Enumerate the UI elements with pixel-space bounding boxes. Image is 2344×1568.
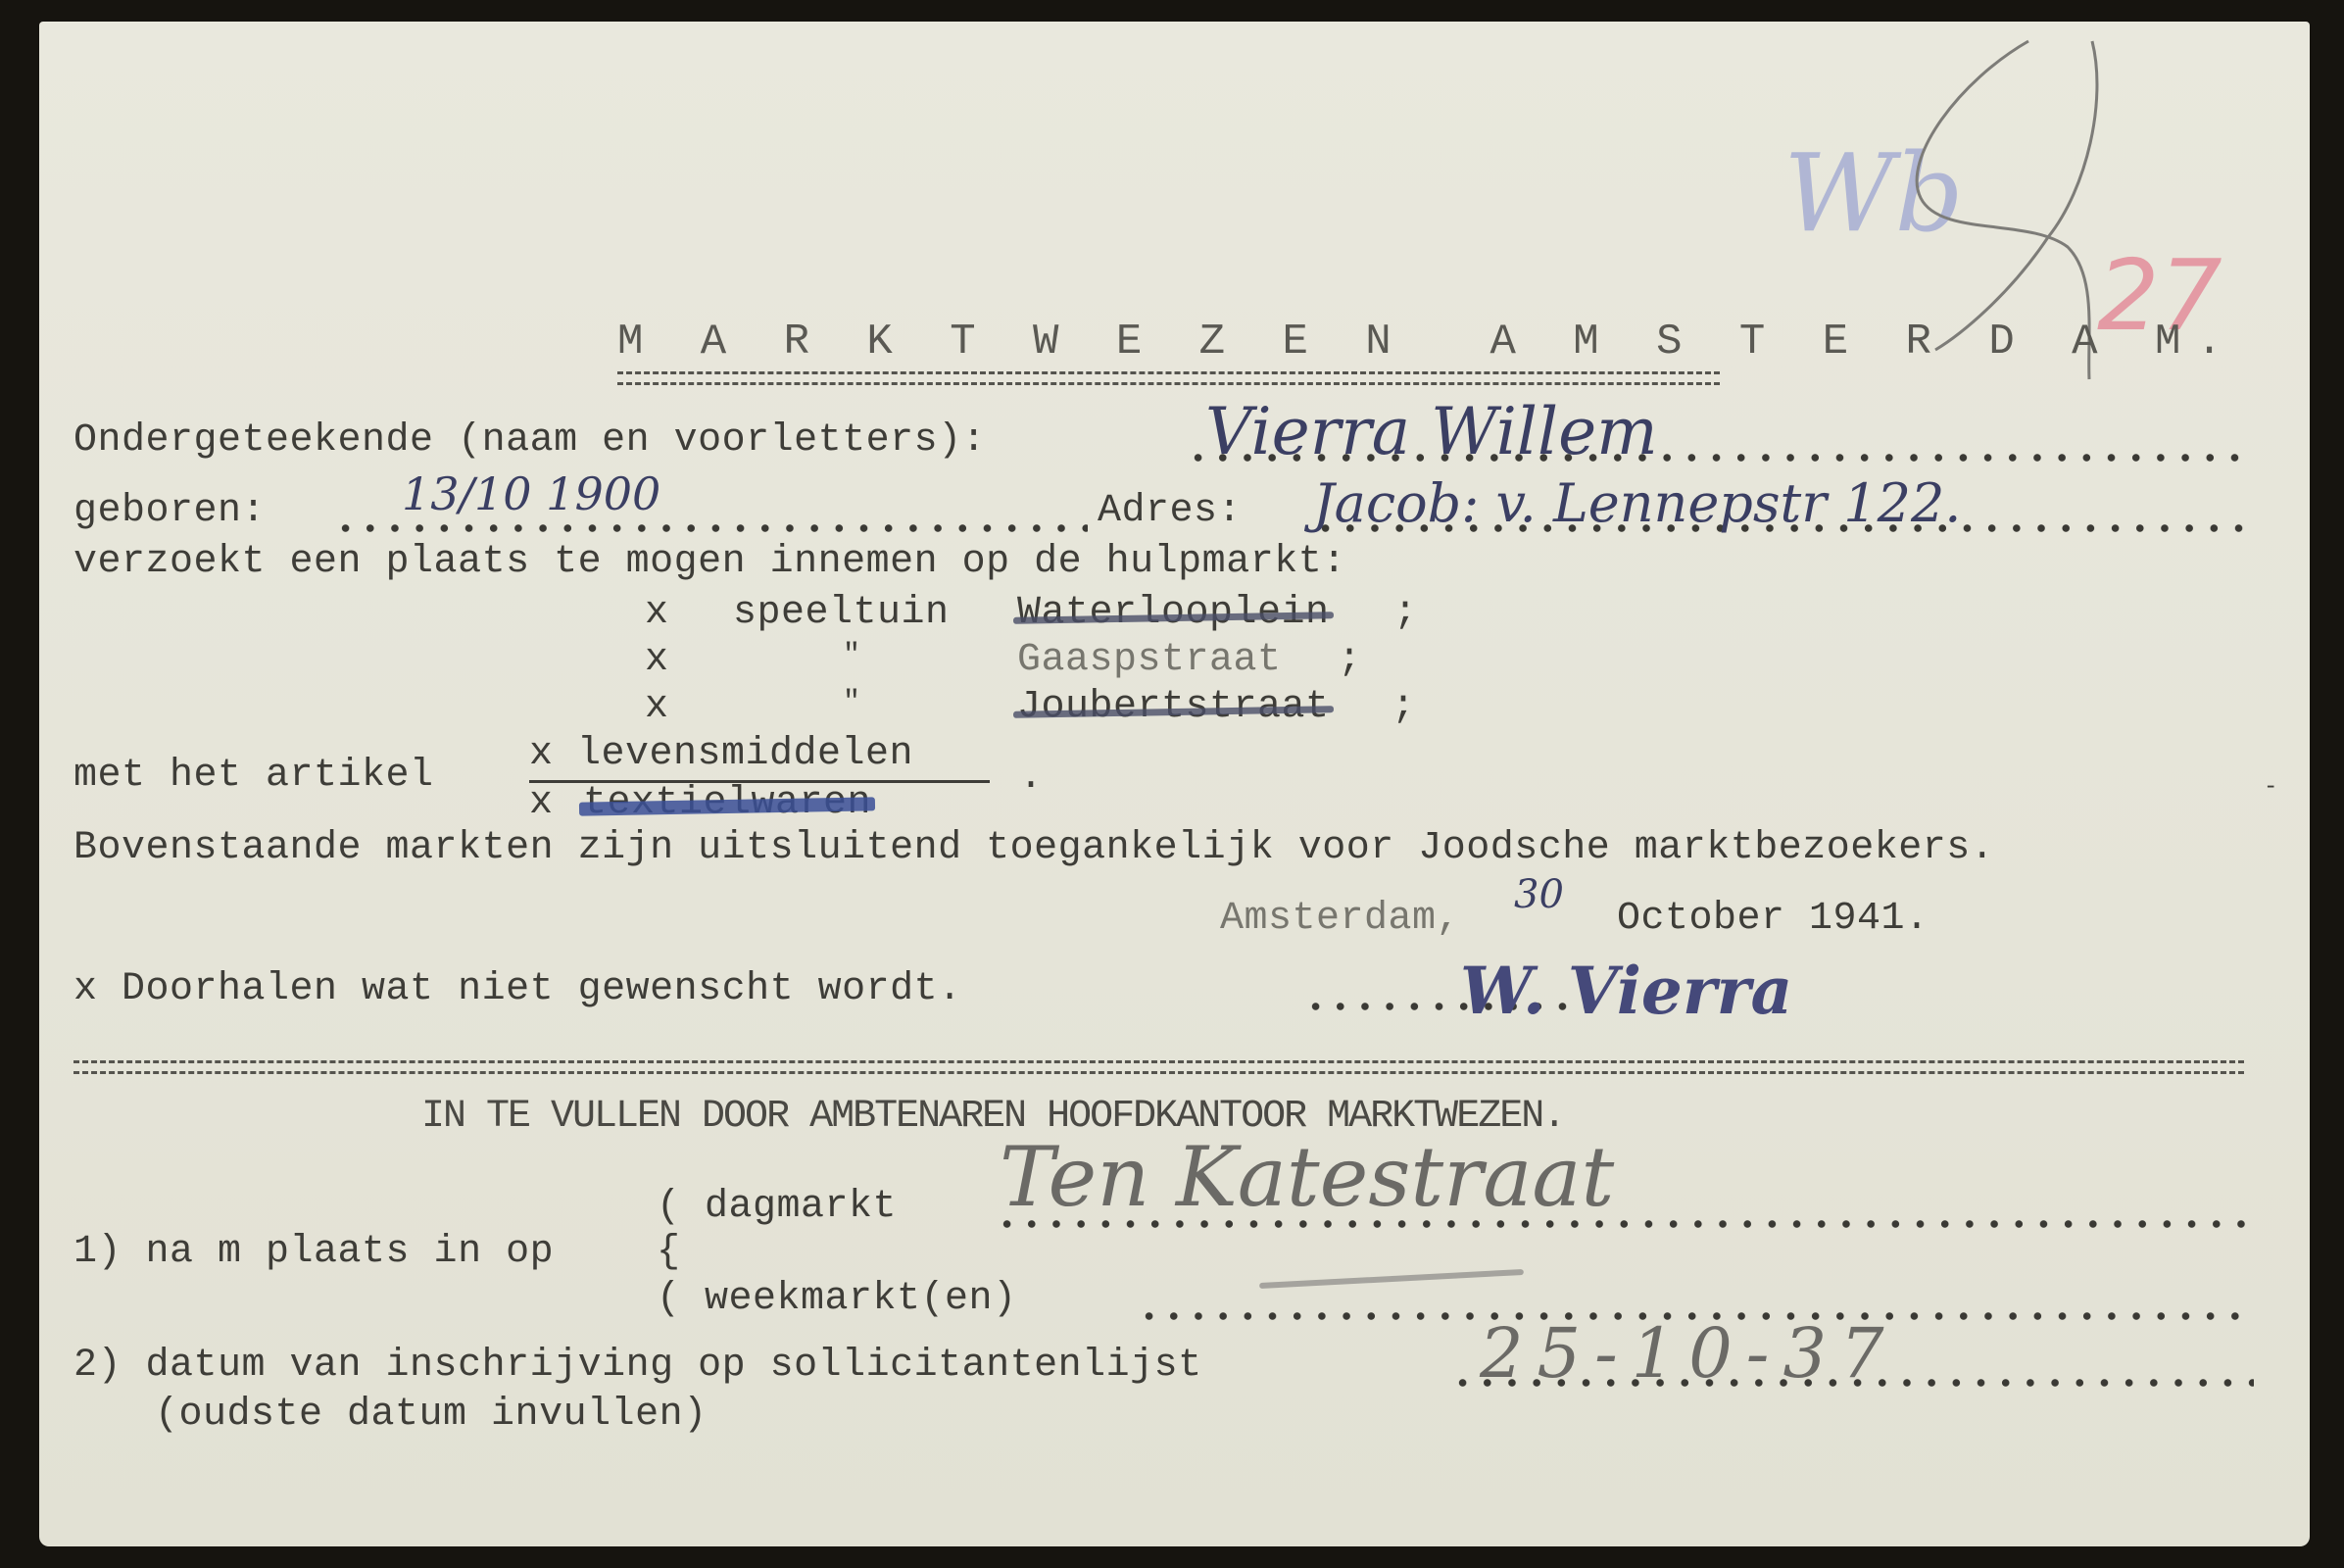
notice-text: Bovenstaande markten zijn uitsluitend to… (73, 829, 1994, 868)
place-text: Amsterdam, (1220, 900, 1460, 939)
signature: W. Vierra (1460, 953, 1792, 1029)
dagmarkt-dotted-line (995, 1219, 2254, 1229)
market-prefix: speeltuin (733, 594, 950, 633)
market-suffix: ; (1393, 594, 1418, 633)
weekmarkt-label: ( weekmarkt(en) (657, 1280, 1017, 1319)
market-suffix: ; (1392, 688, 1416, 727)
section-separator (73, 1060, 2244, 1074)
weekmarkt-pencil-stroke (1259, 1269, 1524, 1289)
title-underline (617, 371, 1720, 385)
market-marker: x (645, 594, 669, 633)
footnote-text: x Doorhalen wat niet gewenscht wordt. (73, 970, 962, 1009)
market-ditto: " (843, 688, 861, 717)
article-option-marker: x (529, 784, 554, 823)
item2-value: 25-10-37 (1480, 1313, 1898, 1394)
birth-date-value: 13/10 1900 (402, 467, 660, 520)
document-title: M A R K T W E Z E N A M S T E R D A M. (617, 320, 2238, 364)
name-dotted-line (1186, 453, 2254, 463)
article-label: met het artikel (73, 757, 434, 796)
dagmarkt-label: ( dagmarkt (657, 1188, 897, 1227)
item2-label: 2) datum van inschrijving op sollicitant… (73, 1347, 1202, 1386)
article-end: . (1019, 759, 1044, 798)
market-gaaspstraat: Gaaspstraat (1017, 641, 1282, 680)
market-ditto: " (843, 641, 861, 670)
market-marker: x (645, 688, 669, 727)
market-waterlooplein: Waterlooplein (1017, 594, 1330, 633)
birth-dotted-line (333, 523, 1088, 533)
address-value: Jacob: v. Lennepstr 122. (1313, 472, 1961, 534)
month-year-text: October 1941. (1617, 900, 1929, 939)
dagmarkt-value: Ten Katestraat (1000, 1129, 1614, 1225)
index-card: Wb 27 M A R K T W E Z E N A M S T E R D … (39, 22, 2310, 1546)
market-joubertstraat: Joubertstraat (1017, 688, 1330, 727)
day-value: 30 (1514, 872, 1564, 917)
applicant-name-label: Ondergeteekende (naam en voorletters): (73, 421, 986, 461)
article-option-levensmiddelen: x levensmiddelen (529, 735, 913, 774)
article-option-textielwaren: textielwaren (583, 784, 871, 823)
margin-mark: - (2264, 776, 2278, 800)
market-marker: x (645, 641, 669, 680)
item2-sub: (oudste datum invullen) (155, 1396, 708, 1435)
address-label: Adres: (1098, 492, 1242, 531)
birth-label: geboren: (73, 492, 266, 531)
brace-middle: { (657, 1233, 681, 1272)
request-text: verzoekt een plaats te mogen innemen op … (73, 543, 1346, 582)
market-suffix: ; (1338, 641, 1362, 680)
item1-label: 1) na m plaats in op (73, 1233, 554, 1272)
